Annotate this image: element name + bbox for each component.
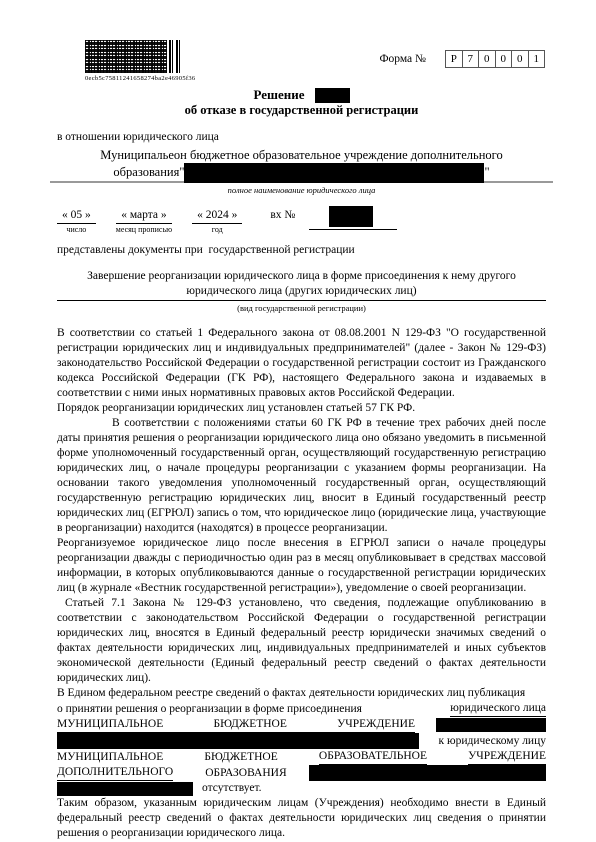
form-code-grid: Р 7 0 0 0 1 bbox=[446, 50, 545, 68]
title-text: Решение bbox=[253, 87, 304, 102]
entity-name-line2: образования" " bbox=[50, 163, 553, 180]
redaction-box bbox=[436, 718, 546, 732]
registration-type-caption: (вид государственной регистрации) bbox=[57, 303, 546, 313]
form-code-cell: 0 bbox=[511, 50, 529, 68]
org1-word: БЮДЖЕТНОЕ bbox=[213, 717, 286, 732]
registration-type-line1: Завершение реорганизации юридического ли… bbox=[57, 269, 546, 284]
date-year-value: « 2024 » bbox=[192, 208, 242, 224]
entity-name-suffix: " bbox=[484, 164, 489, 180]
redaction-box bbox=[57, 782, 193, 796]
paragraph-publication: Реорганизуемое юридическое лицо после вн… bbox=[57, 536, 546, 596]
date-year-caption: год bbox=[192, 225, 242, 234]
org2-word: ДОПОЛНИТЕЛЬНОГО bbox=[57, 765, 173, 781]
date-month-caption: месяц прописью bbox=[116, 225, 172, 234]
registration-type-line2: юридического лица (других юридических ли… bbox=[57, 284, 546, 299]
absent-line: отсутствует. bbox=[57, 781, 546, 796]
org1-word: УЧРЕЖДЕНИЕ bbox=[337, 717, 415, 732]
date-row: « 05 » число « марта » месяц прописью « … bbox=[57, 208, 546, 234]
entity-name-line1: Муниципальеон бюджетное образовательное … bbox=[50, 147, 553, 163]
form-code-cell: 0 bbox=[478, 50, 496, 68]
pdf417-barcode bbox=[85, 40, 167, 73]
document-title: Решение bbox=[57, 86, 546, 103]
org2-word: МУНИЦИПАЛЬНОЕ bbox=[57, 750, 163, 765]
to-entity-text: к юридическому лицу bbox=[439, 734, 546, 749]
form-code-cell: 1 bbox=[528, 50, 546, 68]
document-body: Решение об отказе в государственной реги… bbox=[57, 86, 546, 841]
paragraph-conclusion: Таким образом, указанным юридическим лиц… bbox=[57, 796, 546, 841]
document-page: 0ecb5c75811241658274ba2e46905f36 Форма №… bbox=[0, 0, 596, 842]
document-subtitle: об отказе в государственной регистрации bbox=[57, 103, 546, 118]
paragraph-article57: Порядок реорганизации юридических лиц ус… bbox=[57, 401, 546, 416]
paragraph-law-basis: В соответствии со статьей 1 Федерального… bbox=[57, 326, 546, 401]
org2-word: УЧРЕЖДЕНИЕ bbox=[468, 749, 546, 765]
form-code-cell: Р bbox=[445, 50, 463, 68]
date-year-field: « 2024 » год bbox=[192, 208, 242, 234]
paragraph-article60: В соответствии с положениями статьи 60 Г… bbox=[57, 416, 546, 536]
date-day-field: « 05 » число bbox=[57, 208, 96, 234]
form-number-label: Форма № bbox=[379, 53, 426, 65]
date-month-value: « марта » bbox=[116, 208, 172, 224]
entity-name-caption: полное наименование юридического лица bbox=[57, 185, 546, 195]
entity-name-prefix: образования" bbox=[113, 164, 184, 180]
absent-text: отсутствует. bbox=[202, 781, 262, 796]
barcode-code-text: 0ecb5c75811241658274ba2e46905f36 bbox=[85, 75, 195, 82]
org1-name: МУНИЦИПАЛЬНОЕ БЮДЖЕТНОЕ УЧРЕЖДЕНИЕ bbox=[57, 717, 415, 733]
org1-word: МУНИЦИПАЛЬНОЕ bbox=[57, 717, 163, 732]
inbox-number-field bbox=[309, 208, 397, 230]
registration-type-block: Завершение реорганизации юридического ли… bbox=[57, 269, 546, 301]
org2-line2: ДОПОЛНИТЕЛЬНОГО ОБРАЗОВАНИЯ bbox=[57, 765, 546, 781]
org2-line1: МУНИЦИПАЛЬНОЕ БЮДЖЕТНОЕ ОБРАЗОВАТЕЛЬНОЕ … bbox=[57, 749, 546, 765]
redaction-box bbox=[57, 733, 419, 749]
inbox-number-label: вх № bbox=[270, 208, 295, 223]
entity-intro-label: в отношении юридического лица bbox=[57, 130, 546, 145]
form-number-area: Форма № Р 7 0 0 0 1 bbox=[379, 50, 545, 68]
form-code-cell: 7 bbox=[462, 50, 480, 68]
efrsb-line2-tail: юридического лица bbox=[450, 701, 546, 717]
redaction-box bbox=[329, 206, 373, 227]
date-day-caption: число bbox=[57, 225, 96, 234]
efrsb-line2: о принятии решения о реорганизации в фор… bbox=[57, 701, 546, 717]
legal-text: В соответствии со статьей 1 Федерального… bbox=[57, 326, 546, 841]
org2-word: ОБРАЗОВАНИЯ bbox=[205, 766, 286, 781]
org2-word: БЮДЖЕТНОЕ bbox=[204, 750, 277, 765]
form-code-cell: 0 bbox=[495, 50, 513, 68]
entity-name-block: Муниципальеон бюджетное образовательное … bbox=[50, 147, 553, 183]
org2-word: ОБРАЗОВАТЕЛЬНОЕ bbox=[319, 749, 427, 765]
redaction-box bbox=[184, 163, 484, 183]
submitted-documents-line: представлены документы при государственн… bbox=[57, 243, 546, 258]
paragraph-efrsb-line1: В Едином федеральном реестре сведений о … bbox=[57, 686, 546, 701]
org1-line: МУНИЦИПАЛЬНОЕ БЮДЖЕТНОЕ УЧРЕЖДЕНИЕ bbox=[57, 717, 546, 733]
date-day-value: « 05 » bbox=[57, 208, 96, 224]
date-month-field: « марта » месяц прописью bbox=[116, 208, 172, 234]
redacted-middle-line: к юридическому лицу bbox=[57, 733, 546, 749]
paragraph-article7-1: Статьей 7.1 Закона № 129-ФЗ установлено,… bbox=[57, 596, 546, 686]
efrsb-line2-text: о принятии решения о реорганизации в фор… bbox=[57, 702, 362, 717]
redaction-box bbox=[315, 88, 350, 103]
redaction-box bbox=[309, 765, 546, 781]
